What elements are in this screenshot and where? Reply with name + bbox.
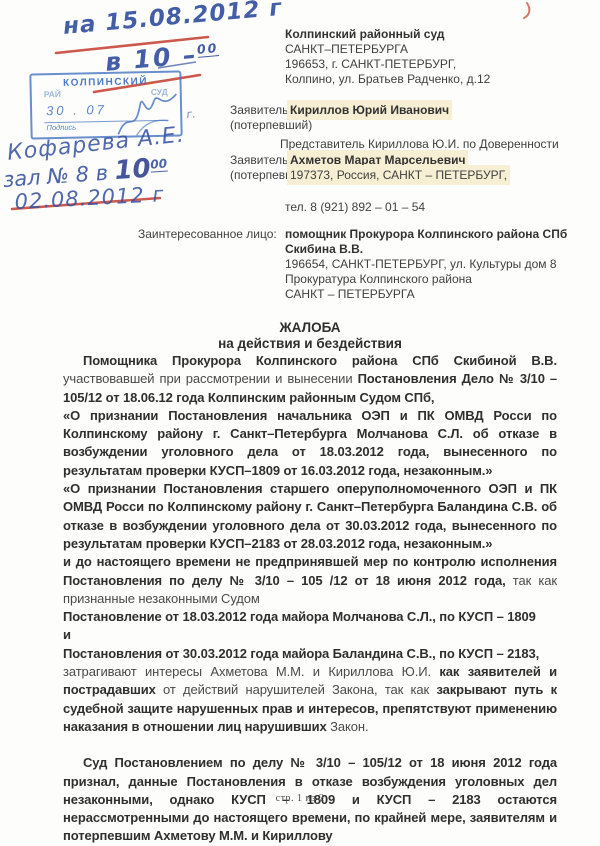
applicant2-address: 197373, Россия, САНКТ – ПЕТЕРБУРГ, xyxy=(290,168,507,182)
room-hour: 10 xyxy=(113,154,151,186)
text-run: и до настоящего времени не предпринявшей… xyxy=(63,554,557,587)
highlight: Кириллов Юрий Иванович xyxy=(290,103,449,117)
text-run: участвовавшей при рассмотрении и вынесен… xyxy=(63,371,358,386)
text-run: Помощника Прокурора Колпинского района С… xyxy=(83,353,557,368)
text-run: Постановления от 30.03.2012 года майора … xyxy=(63,646,539,661)
document-subtitle: на действия и бездействия xyxy=(63,336,557,351)
page-number: стр. 1 из 2 xyxy=(0,793,600,804)
text-run: Постановление от 18.03.2012 года майора … xyxy=(63,609,536,624)
applicant1-status: (потерпевший) xyxy=(230,118,312,132)
text-run: затрагивают интересы Ахметова М.М. и Кир… xyxy=(63,664,439,679)
stamp-handwritten-date: 30 . 07 xyxy=(46,102,107,118)
body-paragraph-4: и до настоящего времени не предпринявшей… xyxy=(63,553,557,608)
court-address-line1: 196653, г. САНКТ-ПЕТЕРБУРГ, xyxy=(285,57,456,71)
text-run: «О признании Постановления начальника ОЭ… xyxy=(63,408,557,478)
interested-party-name2: Скибина В.В. xyxy=(285,242,363,256)
text-run: от действий нарушителей Закона, так как xyxy=(163,682,436,697)
time-minutes-sup: 00 xyxy=(196,40,219,58)
highlight: 197373, Россия, САНКТ – ПЕТЕРБУРГ, xyxy=(290,168,507,182)
court-city: САНКТ–ПЕТЕРБУРГА xyxy=(285,42,408,56)
highlight: Ахметов Марат Марсельевич xyxy=(290,153,465,167)
applicant1-name: Кириллов Юрий Иванович xyxy=(290,103,449,117)
interested-party-addr3: САНКТ – ПЕТЕРБУРГА xyxy=(285,287,415,301)
document-body: Помощника Прокурора Колпинского района С… xyxy=(63,352,557,846)
applicant2-name: Ахметов Марат Марсельевич xyxy=(290,153,465,167)
stamp-subtitle-left: РАЙ xyxy=(44,89,61,99)
handwritten-hearing-date: на 15.08.2012 г xyxy=(62,0,283,40)
document-page: на 15.08.2012 г в 10 –00 КОЛПИНСКИЙ РАЙ … xyxy=(0,0,600,846)
court-address-line2: Колпино, ул. Братьев Радченко, д.12 xyxy=(285,72,490,86)
interested-party-addr2: Прокуратура Колпинского района xyxy=(285,272,472,286)
text-run: Закон. xyxy=(330,719,368,734)
body-paragraph-3: «О признании Постановления старшего опер… xyxy=(63,480,557,553)
text-run: и xyxy=(63,627,71,642)
stamp-year-mark: г. xyxy=(186,107,196,121)
body-paragraph-5: Постановление от 18.03.2012 года майора … xyxy=(63,608,557,626)
document-title: ЖАЛОБА xyxy=(63,320,557,335)
representative-line: Представитель Кириллова Ю.И. по Доверенн… xyxy=(280,137,559,151)
interested-party-name1: помощник Прокурора Колпинского района СП… xyxy=(285,227,567,241)
text-run: «О признании Постановления старшего опер… xyxy=(63,481,557,551)
body-paragraph-6: и xyxy=(63,626,557,644)
applicant2-label: Заявитель: xyxy=(230,153,292,167)
interested-party-label: Заинтересованное лицо: xyxy=(138,227,277,241)
body-paragraph-1: Помощника Прокурора Колпинского района С… xyxy=(63,352,557,407)
court-name: Колпинский районный суд xyxy=(285,27,444,41)
body-paragraph-7: Постановления от 30.03.2012 года майора … xyxy=(63,645,557,663)
body-paragraph-8: затрагивают интересы Ахметова М.М. и Кир… xyxy=(63,663,557,736)
interested-party-addr1: 196654, САНКТ-ПЕТЕРБУРГ, ул. Культуры до… xyxy=(285,257,557,271)
stamp-date-row: 30 . 07 xyxy=(44,101,168,124)
body-paragraph-2: «О признании Постановления начальника ОЭ… xyxy=(63,407,557,480)
room-minutes-sup: 00 xyxy=(150,157,168,173)
applicant1-label: Заявитель: xyxy=(230,103,292,117)
phone-number: тел. 8 (921) 892 – 01 – 54 xyxy=(285,200,425,214)
